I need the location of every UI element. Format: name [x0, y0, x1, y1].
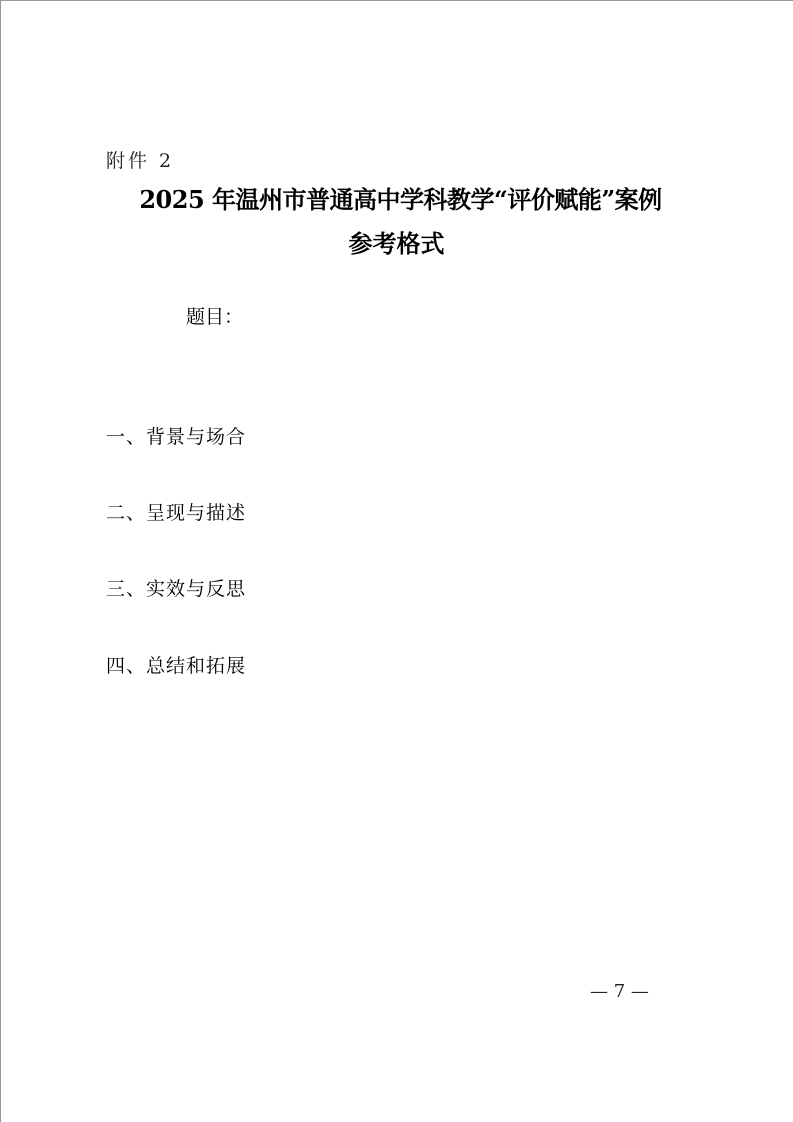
- section-heading-presentation: 二、呈现与描述: [106, 498, 246, 525]
- page-number: — 7 —: [590, 981, 649, 1002]
- attachment-label: 附件 2: [106, 146, 174, 173]
- section-heading-background: 一、背景与场合: [106, 422, 246, 449]
- topic-label: 题目：: [186, 302, 243, 329]
- document-title-line2: 参考格式: [0, 224, 793, 259]
- document-title-line1: 2025 年温州市普通高中学科教学“评价赋能”案例: [0, 180, 793, 215]
- section-heading-effectiveness: 三、实效与反思: [106, 574, 246, 601]
- section-heading-summary: 四、总结和拓展: [106, 651, 246, 678]
